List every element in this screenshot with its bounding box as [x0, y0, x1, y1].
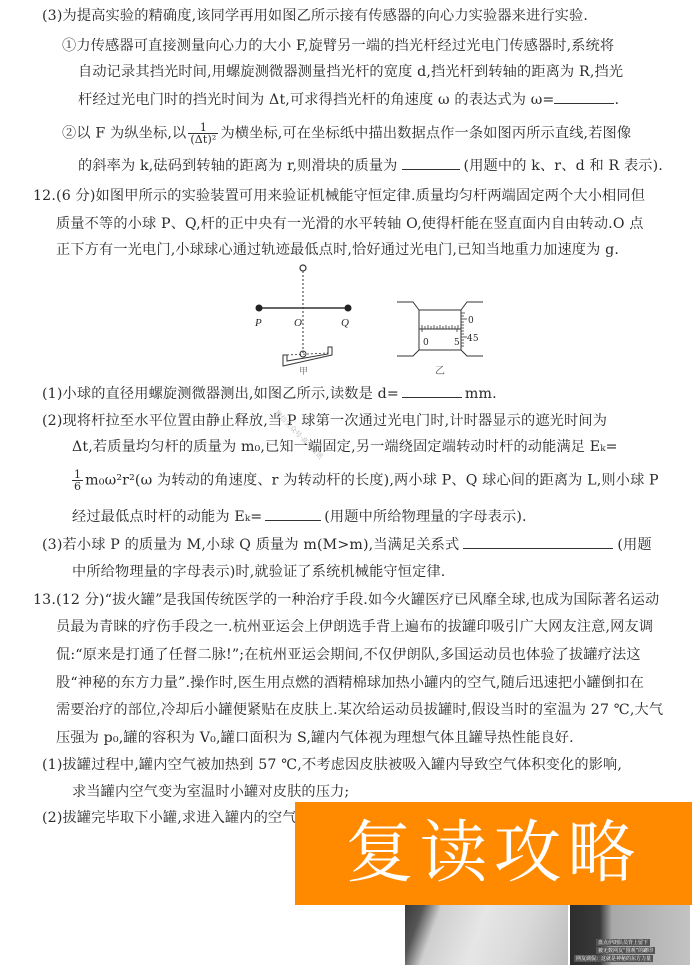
- q13-line5: 需要治疗的部位,冷却后小罐便紧贴在皮肤上.某次给运动员拔罐时,假设当时的室温为 …: [56, 700, 663, 720]
- cupping-photo: 盘点伊朗队员背上留下 被无数网友“围观”的罐印 网友调侃：这就是神秘的东方力量: [405, 905, 692, 967]
- label-Q: Q: [341, 313, 349, 333]
- answer-blank-kinetic-energy[interactable]: [265, 506, 321, 521]
- answer-blank-omega[interactable]: [554, 89, 614, 104]
- label-O: O: [294, 313, 302, 333]
- micrometer-thimble-0: 0: [468, 311, 474, 331]
- q11-sub1-line2: 自动记录其挡光时间,用螺旋测微器测量挡光杆的宽度 d,挡光杆到转轴的距离为 R,…: [78, 62, 623, 82]
- q12-part2-line2: Δt,若质量均匀杆的质量为 m₀,已知一端固定,另一端绕固定端转动时杆的动能满足…: [72, 437, 618, 457]
- label-P: P: [255, 313, 262, 333]
- q11-sub2-text-b: 为横坐标,可在坐标纸中描出数据点作一条如图丙所示直线,若图像: [220, 126, 631, 142]
- caption-yi: 乙: [435, 362, 445, 382]
- q11-sub2-line2: 的斜率为 k,砝码到转轴的距离为 r,则滑块的质量为(用题中的 k、r、d 和 …: [78, 155, 663, 176]
- micrometer-main-5: 5: [454, 333, 460, 353]
- q11-part3-intro: (3)为提高实验的精确度,该同学再用如图乙所示接有传感器的向心力实验器来进行实验…: [42, 6, 588, 26]
- fraction-denominator: 6: [72, 481, 83, 492]
- q11-sub2-line1: ②以 F 为纵坐标,以1(Δt)²为横坐标,可在坐标纸中描出数据点作一条如图丙所…: [62, 122, 631, 145]
- banner-text: 复读攻略: [345, 820, 641, 888]
- q12-part2-line4-text: 经过最低点时杆的动能为 Eₖ=: [72, 509, 262, 525]
- q11-sub2-line2-text: 的斜率为 k,砝码到转轴的距离为 r,则滑块的质量为: [78, 158, 398, 174]
- photo-caption-line1: 盘点伊朗队员背上留下: [596, 939, 650, 946]
- q12-part3-line2: 中所给物理量的字母表示)时,就验证了系统机械能守恒定律.: [72, 562, 445, 582]
- q13-part1-line2: 求当罐内空气变为室温时小罐对皮肤的压力;: [72, 782, 349, 802]
- answer-blank-relation[interactable]: [463, 534, 613, 549]
- q11-sub1-line3-end: .: [614, 92, 619, 108]
- q12-part2-line4-note: (用题中所给物理量的字母表示).: [324, 509, 526, 525]
- photo-left-panel: [405, 905, 568, 965]
- fraction-one-over-dt-squared: 1(Δt)²: [188, 122, 218, 145]
- answer-blank-diameter[interactable]: [402, 383, 462, 398]
- q12-part2-line4: 经过最低点时杆的动能为 Eₖ=(用题中所给物理量的字母表示).: [72, 506, 527, 527]
- q13-line3: 侃:“原来是打通了任督二脉!”;在杭州亚运会期间,不仅伊朗队,多国运动员也体验了…: [56, 645, 641, 665]
- q12-part2-line1: (2)现将杆拉至水平位置由静止释放,当 P 球第一次通过光电门时,计时器显示的遮…: [42, 411, 607, 431]
- photo-caption-line3: 网友调侃：这就是神秘的东方力量: [574, 955, 653, 962]
- q13-part1-line1: (1)拔罐过程中,罐内空气被加热到 57 ℃,不考虑因皮肤被吸入罐内导致空气体积…: [42, 755, 622, 775]
- q11-sub1-line1: ①力传感器可直接测量向心力的大小 F,旋臂另一端的挡光杆经过光电门传感器时,系统…: [62, 36, 614, 56]
- photo-right-panel: 盘点伊朗队员背上留下 被无数网友“围观”的罐印 网友调侃：这就是神秘的东方力量: [570, 905, 690, 965]
- q13-line1: 13.(12 分)“拔火罐”是我国传统医学的一种治疗手段.如今火罐医疗已风靡全球…: [33, 590, 659, 610]
- q12-part1: (1)小球的直径用螺旋测微器测出,如图乙所示,读数是 d=mm.: [42, 383, 497, 404]
- q11-sub2-line2-note: (用题中的 k、r、d 和 R 表示).: [464, 158, 663, 174]
- fraction-denominator: (Δt)²: [188, 134, 218, 145]
- fraction-one-sixth: 16: [72, 469, 83, 492]
- q12-part2-line3-text: m₀ω²r²(ω 为转动的角速度、r 为转动杆的长度),两小球 P、Q 球心间的…: [85, 473, 659, 489]
- q12-part1-text: (1)小球的直径用螺旋测微器测出,如图乙所示,读数是 d=: [42, 386, 399, 402]
- q12-part2-line3: 16m₀ω²r²(ω 为转动的角速度、r 为转动杆的长度),两小球 P、Q 球心…: [72, 469, 659, 492]
- q12-part1-unit: mm.: [465, 386, 497, 402]
- micrometer-thimble-45: 45: [467, 329, 479, 349]
- q11-sub2-text-a: ②以 F 为纵坐标,以: [62, 126, 186, 142]
- q13-line6: 压强为 p₀,罐的容积为 V₀,罐口面积为 S,罐内气体视为理想气体且罐导热性能…: [56, 728, 574, 748]
- q12-part3-line1: (3)若小球 P 的质量为 M,小球 Q 质量为 m(M>m),当满足关系式(用…: [42, 534, 652, 555]
- fudu-gonglue-banner: 复读攻略: [295, 802, 692, 905]
- q13-line2: 员最为青睐的疗伤手段之一.杭州亚运会上伊朗选手背上遍布的拔罐印吸引广大网友注意,…: [56, 617, 653, 637]
- q12-line1: 12.(6 分)如图甲所示的实验装置可用来验证机械能守恒定律.质量均匀杆两端固定…: [33, 186, 645, 206]
- q12-part3-text: (3)若小球 P 的质量为 M,小球 Q 质量为 m(M>m),当满足关系式: [42, 537, 459, 553]
- q13-line4: 股“神秘的东方力量”.操作时,医生用点燃的酒精棉球加热小罐内的空气,随后迅速把小…: [56, 673, 644, 693]
- photo-caption-line2: 被无数网友“围观”的罐印: [596, 947, 655, 954]
- q12-line3: 正下方有一光电门,小球球心通过轨迹最低点时,恰好通过光电门,已知当地重力加速度为…: [56, 240, 619, 260]
- q11-sub1-line3: 杆经过光电门时的挡光时间为 Δt,可求得挡光杆的角速度 ω 的表达式为 ω=.: [78, 89, 619, 110]
- caption-jia: 甲: [299, 362, 308, 382]
- q12-line2: 质量不等的小球 P、Q,杆的正中央有一光滑的水平转轴 O,使得杆能在竖直面内自由…: [56, 214, 644, 234]
- q11-sub1-line3-text: 杆经过光电门时的挡光时间为 Δt,可求得挡光杆的角速度 ω 的表达式为 ω=: [78, 92, 554, 108]
- q12-part3-note: (用题: [617, 537, 651, 553]
- answer-blank-mass[interactable]: [402, 155, 460, 170]
- micrometer-main-0: 0: [423, 333, 429, 353]
